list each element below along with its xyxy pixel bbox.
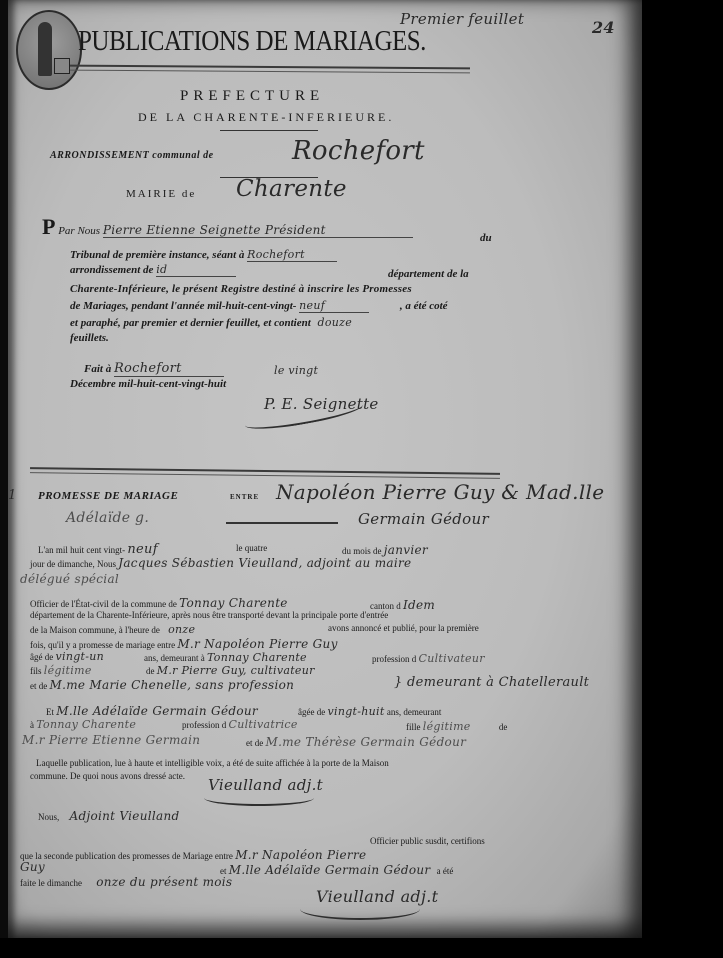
tablet-icon bbox=[54, 58, 70, 74]
body-text: et de bbox=[30, 681, 47, 691]
body-text: profession d bbox=[182, 720, 226, 730]
bride-status: légitime bbox=[423, 720, 471, 733]
cert-line-1: P Par Nous Pierre Etienne Seignette Prés… bbox=[42, 214, 413, 240]
body-text: et de bbox=[246, 738, 263, 748]
parents-place: Chatellerault bbox=[499, 675, 590, 690]
body-line-11: Et M.lle Adélaïde Germain Gédour bbox=[46, 704, 258, 718]
parties-line-2b: Germain Gédour bbox=[358, 510, 489, 528]
second-line-1: Nous, Adjoint Vieulland bbox=[38, 809, 179, 823]
groom-status: légitime bbox=[44, 664, 92, 677]
drop-cap: P bbox=[42, 214, 55, 239]
body-text: profession d bbox=[372, 654, 416, 664]
body-text: fille bbox=[406, 722, 421, 732]
commune-value: Tonnay Charente bbox=[179, 596, 288, 610]
cert-text: Fait à bbox=[84, 363, 111, 375]
body-text: faite le dimanche bbox=[20, 878, 82, 888]
groom-name: M.r Napoléon Pierre Guy bbox=[177, 637, 337, 651]
bride-mother-line: et de M.me Thérèse Germain Gédour bbox=[246, 735, 466, 749]
cert-line-6: et paraphé, par premier et dernier feuil… bbox=[70, 316, 352, 329]
body-text: fois, qu'il y a promesse de mariage entr… bbox=[30, 640, 175, 650]
hour-value: onze bbox=[168, 623, 195, 636]
divider bbox=[226, 522, 338, 524]
body-text: Officier public susdit, certifions bbox=[370, 836, 485, 846]
bride-residence: Tonnay Charente bbox=[36, 718, 136, 731]
body-text: Officier de l'État-civil de la commune d… bbox=[30, 599, 177, 609]
body-line-14: Laquelle publication, lue à haute et int… bbox=[36, 758, 389, 768]
body-line-7: fois, qu'il y a promesse de mariage entr… bbox=[30, 637, 338, 651]
body-text: fils bbox=[30, 666, 42, 676]
groom-father-line: de M.r Pierre Guy, cultivateur bbox=[146, 664, 315, 677]
cert-text: département de la bbox=[388, 268, 469, 280]
body-text: que la seconde publication des promesses… bbox=[20, 851, 233, 861]
day-value: le quatre bbox=[236, 543, 267, 553]
bride-age: vingt-huit bbox=[327, 705, 384, 718]
mairie-label: MAIRIE de bbox=[126, 188, 196, 200]
section-rule bbox=[30, 467, 500, 479]
second-line-4: faite le dimanche onze du présent mois bbox=[20, 875, 232, 889]
parents-residence: } demeurant à Chatellerault bbox=[394, 675, 589, 690]
body-text: a été bbox=[437, 866, 454, 876]
cert-line-4: Charente-Inférieure, le présent Registre… bbox=[70, 283, 412, 295]
mairie-value: Charente bbox=[236, 176, 347, 202]
fait-line: Fait à Rochefort bbox=[84, 361, 224, 377]
groom-mother: M.me Marie Chenelle, sans profession bbox=[50, 678, 295, 692]
cert-text: du bbox=[480, 232, 492, 244]
department-label: DE LA CHARENTE-INFERIEURE. bbox=[138, 110, 394, 125]
cert-line-5: de Mariages, pendant l'année mil-huit-ce… bbox=[70, 299, 448, 313]
bride-profession: Cultivatrice bbox=[229, 718, 298, 731]
body-line-6: de la Maison commune, à l'heure de onze bbox=[30, 623, 195, 636]
parties-line-2a: Adélaïde g. bbox=[66, 510, 149, 526]
fait-date: Décembre mil-huit-cent-vingt-huit bbox=[70, 378, 226, 390]
body-text: } demeurant à bbox=[394, 675, 494, 690]
body-line-1: L'an mil huit cent vingt- neuf bbox=[38, 542, 158, 557]
cert-text: et paraphé, par premier et dernier feuil… bbox=[70, 317, 311, 329]
prefecture-label: PREFECTURE bbox=[180, 88, 324, 105]
cert-text: arrondissement de bbox=[70, 264, 153, 276]
officer-title: délégué spécial bbox=[20, 572, 119, 586]
body-text: avons annoncé et publié, pour la premièr… bbox=[328, 623, 479, 633]
cert-text: , a été coté bbox=[400, 300, 448, 312]
groom-father: M.r Pierre Guy, cultivateur bbox=[157, 664, 315, 677]
entry-number: 1 bbox=[8, 488, 17, 503]
bride-name: M.lle Adélaïde Germain Gédour bbox=[56, 704, 258, 718]
year-value: neuf bbox=[127, 542, 157, 557]
page-title: PUBLICATIONS DE MARIAGES. bbox=[78, 26, 426, 58]
figure-icon bbox=[38, 22, 52, 76]
signature-flourish bbox=[204, 790, 314, 806]
entre-label: ENTRE bbox=[230, 493, 259, 501]
body-line-12: à Tonnay Charente bbox=[30, 718, 136, 731]
arrondissement-fill: id bbox=[156, 263, 236, 277]
tribunal-seat: Rochefort bbox=[247, 248, 337, 262]
body-line-8: âgé de vingt-un bbox=[30, 650, 104, 663]
body-line-5: département de la Charente-Inférieure, a… bbox=[30, 610, 388, 620]
body-text: Et bbox=[46, 707, 54, 717]
bride-mother: M.me Thérèse Germain Gédour bbox=[266, 735, 467, 749]
body-text: jour de dimanche, Nous bbox=[30, 559, 116, 569]
year-fill: neuf bbox=[299, 299, 369, 313]
second-line-2: que la seconde publication des promesses… bbox=[20, 848, 366, 862]
body-month: du mois de janvier bbox=[342, 543, 428, 557]
body-text: à bbox=[30, 720, 34, 730]
president-name: Pierre Etienne Seignette Président bbox=[103, 223, 413, 238]
second-groom-cont: Guy bbox=[20, 860, 45, 874]
body-text: âgé de bbox=[30, 652, 53, 662]
register-page: Premier feuillet 24 PUBLICATIONS DE MARI… bbox=[8, 0, 642, 938]
body-text: de bbox=[146, 666, 155, 676]
canton-value: Idem bbox=[403, 598, 435, 612]
body-line-2: jour de dimanche, Nous Jacques Sébastien… bbox=[30, 556, 411, 570]
cert-line-2: Tribunal de première instance, séant à R… bbox=[70, 248, 337, 262]
body-day: le quatre bbox=[236, 543, 267, 553]
second-bride: M.lle Adélaïde Germain Gédour bbox=[229, 863, 431, 877]
second-groom: M.r Napoléon Pierre bbox=[235, 848, 366, 862]
arrondissement-label: ARRONDISSEMENT communal de bbox=[50, 150, 214, 161]
body-line-10: et de M.me Marie Chenelle, sans professi… bbox=[30, 678, 294, 692]
body-line-9: fils légitime bbox=[30, 664, 92, 677]
body-text: ans, demeurant bbox=[387, 707, 441, 717]
seal-emblem-icon bbox=[16, 10, 82, 90]
body-text: de la Maison commune, à l'heure de bbox=[30, 625, 160, 635]
officer-name: Jacques Sébastien Vieulland, adjoint au … bbox=[118, 556, 411, 570]
divider bbox=[220, 130, 318, 131]
cert-line-7: feuillets. bbox=[70, 332, 109, 344]
body-text: de bbox=[499, 722, 508, 732]
body-line-15: commune. De quoi nous avons dressé acte. bbox=[30, 771, 185, 781]
bride-father: M.r Pierre Etienne Germain bbox=[22, 733, 200, 747]
cert-text: Tribunal de première instance, séant à bbox=[70, 249, 244, 261]
groom-profession-line: profession d Cultivateur bbox=[372, 652, 485, 665]
fait-day: le vingt bbox=[274, 364, 318, 377]
signature-flourish bbox=[300, 898, 420, 920]
title-rule bbox=[70, 65, 470, 74]
parties-line-1: Napoléon Pierre Guy & Mad.lle bbox=[276, 480, 604, 504]
folio-number: 24 bbox=[592, 18, 615, 37]
body-text: du mois de bbox=[342, 546, 382, 556]
second-officer: Adjoint Vieulland bbox=[70, 809, 180, 823]
body-text: Nous, bbox=[38, 812, 59, 822]
groom-residence-line: ans, demeurant à Tonnay Charente bbox=[144, 651, 307, 664]
bride-profession-line: profession d Cultivatrice bbox=[182, 718, 298, 731]
promesse-heading: PROMESSE DE MARIAGE bbox=[38, 490, 178, 502]
body-line-4: Officier de l'État-civil de la commune d… bbox=[30, 596, 288, 610]
cert-text: de Mariages, pendant l'année mil-huit-ce… bbox=[70, 300, 296, 312]
sheet-count: douze bbox=[318, 316, 353, 329]
body-text: ans, demeurant à bbox=[144, 653, 205, 663]
groom-residence: Tonnay Charente bbox=[207, 651, 307, 664]
body-text: âgée de bbox=[298, 707, 325, 717]
bride-status-line: fille légitime de bbox=[406, 720, 507, 733]
bride-age-line: âgée de vingt-huit ans, demeurant bbox=[298, 705, 441, 718]
arrondissement-value: Rochefort bbox=[292, 136, 425, 166]
second-date: onze du présent mois bbox=[96, 875, 232, 889]
body-text: L'an mil huit cent vingt- bbox=[38, 545, 125, 555]
cert-label: Par Nous bbox=[58, 225, 100, 237]
groom-age: vingt-un bbox=[55, 650, 104, 663]
groom-profession: Cultivateur bbox=[419, 652, 485, 665]
fait-place: Rochefort bbox=[114, 361, 224, 377]
month-value: janvier bbox=[384, 543, 428, 557]
second-line-3: et M.lle Adélaïde Germain Gédour a été bbox=[220, 863, 453, 877]
cert-line-3: arrondissement de id bbox=[70, 263, 236, 277]
